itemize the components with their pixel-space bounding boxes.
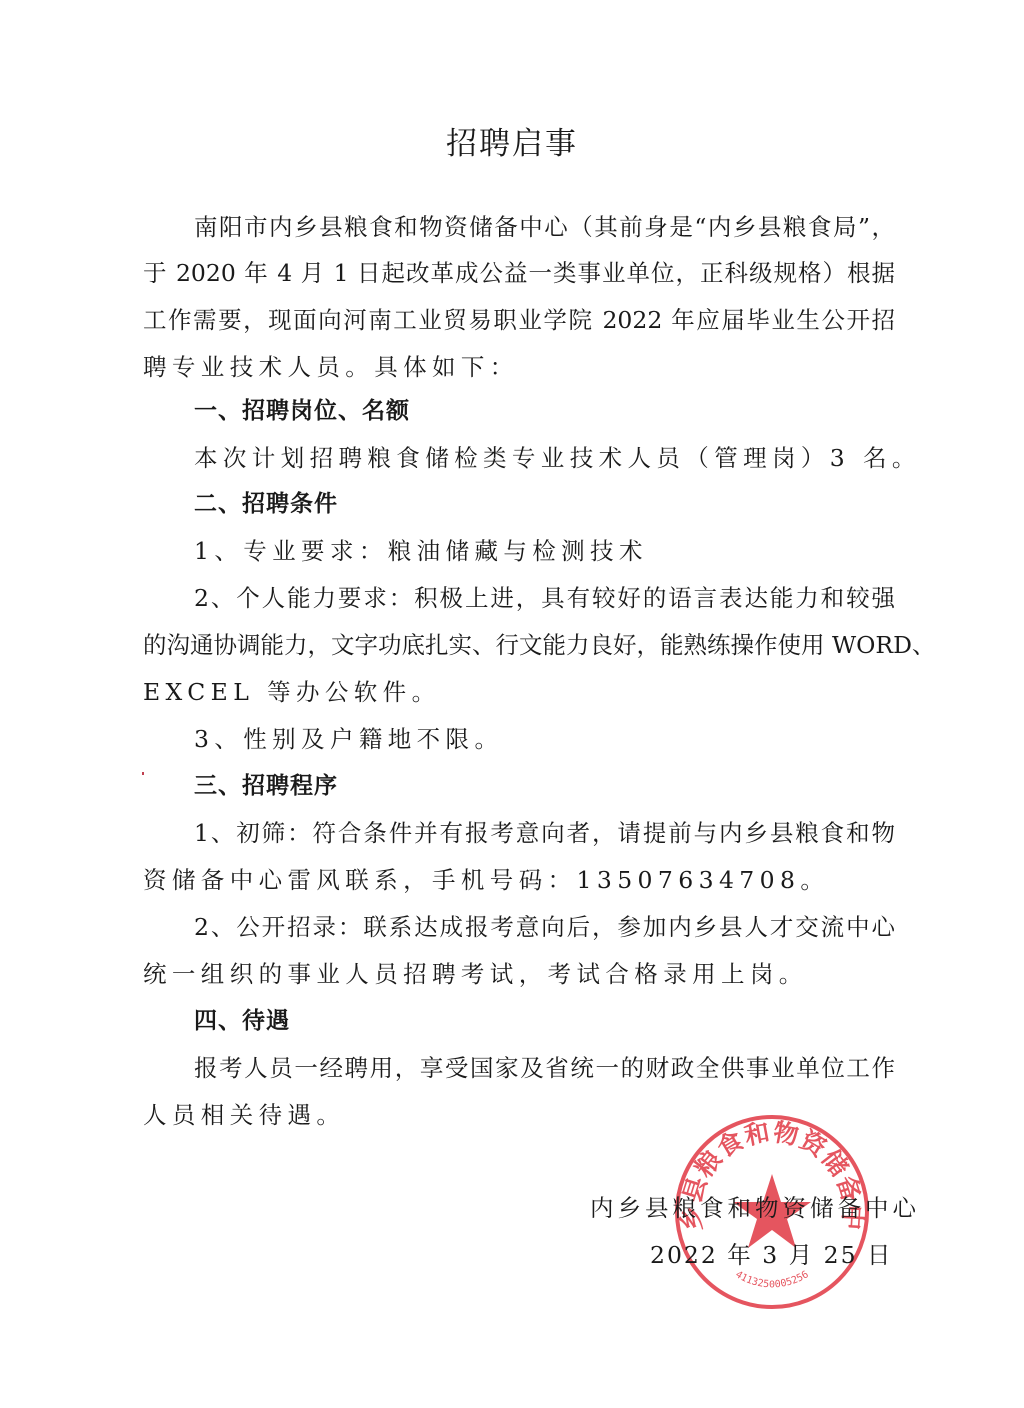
section-3-line-4: 统一组织的事业人员招聘考试，考试合格录用上岗。: [143, 959, 895, 989]
section-3-line-2: 资储备中心雷风联系，手机号码：13507634708。: [143, 865, 895, 895]
section-2-line-1: 1、专业要求：粮油储藏与检测技术: [194, 536, 895, 566]
section-heading-benefits: 四、待遇: [194, 1006, 290, 1036]
section-heading-procedure: 三、招聘程序: [194, 771, 338, 801]
document-title: 招聘启事: [0, 118, 1024, 163]
section-heading-positions: 一、招聘岗位、名额: [194, 396, 410, 426]
seal-number: 4113250005256: [733, 1269, 810, 1290]
section-4-line-1: 报考人员一经聘用，享受国家及省统一的财政全供事业单位工作: [194, 1053, 895, 1083]
scan-speck: [142, 772, 144, 775]
section-2-line-5: 3、性别及户籍地不限。: [194, 724, 895, 754]
document-page: 招聘启事 南阳市内乡县粮食和物资储备中心（其前身是“内乡县粮食局”， 于 202…: [0, 0, 1024, 1408]
signature-organization: 内乡县粮食和物资储备中心: [590, 1193, 920, 1223]
intro-line-3: 工作需要，现面向河南工业贸易职业学院 2022 年应届毕业生公开招: [143, 305, 895, 335]
section-3-line-3: 2、公开招录：联系达成报考意向后，参加内乡县人才交流中心: [194, 912, 895, 942]
signature-date: 2022 年 3 月 25 日: [650, 1240, 893, 1270]
section-heading-conditions: 二、招聘条件: [194, 489, 338, 519]
section-2-line-2: 2、个人能力要求：积极上进，具有较好的语言表达能力和较强: [194, 583, 895, 613]
section-1-line-1: 本次计划招聘粮食储检类专业技术人员（管理岗）3 名。: [194, 443, 895, 473]
section-3-line-1: 1、初筛：符合条件并有报考意向者，请提前与内乡县粮食和物: [194, 818, 895, 848]
section-2-line-4: EXCEL 等办公软件。: [143, 677, 895, 707]
intro-line-2: 于 2020 年 4 月 1 日起改革成公益一类事业单位，正科级规格）根据: [143, 258, 895, 288]
svg-text:4113250005256: 4113250005256: [733, 1269, 810, 1290]
section-2-line-3: 的沟通协调能力，文字功底扎实、行文能力良好，能熟练操作使用 WORD、: [143, 630, 895, 660]
intro-line-1: 南阳市内乡县粮食和物资储备中心（其前身是“内乡县粮食局”，: [194, 212, 895, 242]
intro-line-4: 聘专业技术人员。具体如下：: [143, 352, 895, 382]
